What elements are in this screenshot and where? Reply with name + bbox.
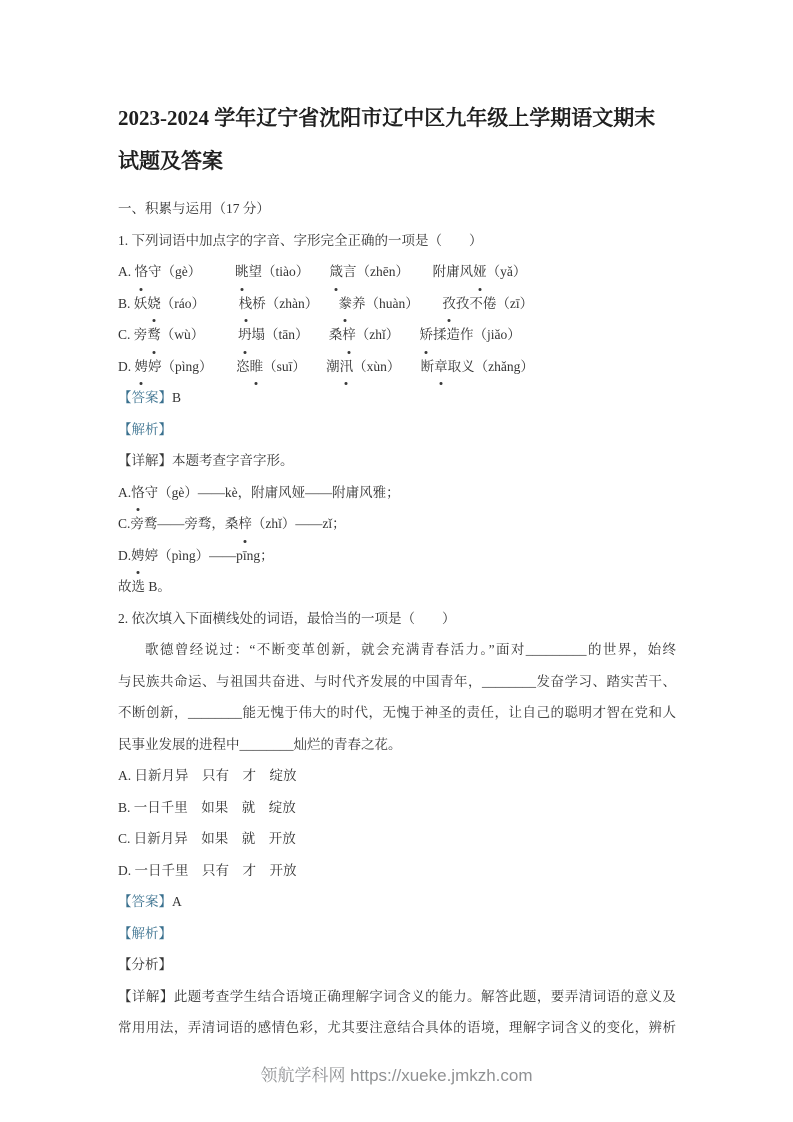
dotted-char: 汛 <box>340 351 354 383</box>
q1-detail-line: 【详解】本题考查字音字形。 <box>118 445 676 477</box>
dotted-char: 眺 <box>235 256 249 288</box>
dotted-char: 矫 <box>420 319 434 351</box>
q2-answer-value: A <box>172 894 182 909</box>
dotted-char: 梓 <box>238 508 252 540</box>
q2-stem: 2. 依次填入下面横线处的词语，最恰当的一项是（ ） <box>118 603 676 635</box>
text-segment: 守（gè） <box>148 264 235 279</box>
q1-stem: 1. 下列词语中加点字的字音、字形完全正确的一项是（ ） <box>118 225 676 257</box>
text-segment: C. 旁 <box>118 327 147 342</box>
dotted-char: 鹜 <box>147 319 161 351</box>
footer-watermark: 领航学科网 https://xueke.jmkzh.com <box>0 1064 793 1088</box>
document-page: 2023-2024 学年辽宁省沈阳市辽中区九年级上学期语文期末 试题及答案 一、… <box>0 0 793 1122</box>
text-segment: 塌（tān） 桑 <box>252 327 343 342</box>
text-segment: A. <box>118 264 135 279</box>
title-line-2: 试题及答案 <box>118 140 676 183</box>
q1-analysis-label: 【解析】 <box>118 414 676 446</box>
dotted-char: 孜 <box>442 288 456 320</box>
q2-detail-line: 【详解】此题考查学生结合语境正确理解字词含义的能力。解答此题，要弄清词语的意义及 <box>118 981 676 1013</box>
text-segment: 养（huàn） <box>352 296 442 311</box>
text-segment: 取义（zhǎng） <box>448 359 534 374</box>
text-segment: 孜不倦（zī） <box>456 296 533 311</box>
dotted-char: 睢 <box>250 351 264 383</box>
text-segment: 揉造作（jiǎo） <box>433 327 521 342</box>
q1-detail-line: A.恪守（gè）——kè，附庸风娅——附庸风雅； <box>118 477 676 509</box>
dotted-char: 恪 <box>131 477 145 509</box>
text-segment: （yǎ） <box>487 264 527 279</box>
text-segment: D. <box>118 548 131 563</box>
text-segment: 婷（pìng） 恣 <box>148 359 250 374</box>
q2-option-row: D. 一日千里 只有 才 开放 <box>118 855 676 887</box>
text-segment: 桥（zhàn） <box>252 296 338 311</box>
dotted-char: 坍 <box>238 319 252 351</box>
q2-passage-line: 歌德曾经说过：“不断变革创新，就会充满青春活力。”面对_________的世界，… <box>118 634 676 666</box>
text-segment: （wù） <box>161 327 238 342</box>
q1-option-row: D. 娉婷（pìng） 恣睢（suī） 潮汛（xùn） 断章取义（zhǎng） <box>118 351 676 383</box>
footer-site-text: 领航学科网 https://xueke.jmkzh.com <box>260 1066 532 1085</box>
document-body: 一、积累与运用（17 分） 1. 下列词语中加点字的字音、字形完全正确的一项是（… <box>118 193 676 1044</box>
q2-options: A. 日新月异 只有 才 绽放B. 一日千里 如果 就 绽放C. 日新月异 如果… <box>118 760 676 886</box>
q1-detail-line: 故选 B。 <box>118 571 676 603</box>
text-segment: （zhǐ）——zǐ； <box>252 516 346 531</box>
q1-option-row: C. 旁鹜（wù） 坍塌（tān） 桑梓（zhǐ） 矫揉造作（jiǎo） <box>118 319 676 351</box>
q1-detail-line: D.娉婷（pìng）——pīng； <box>118 540 676 572</box>
q2-option-row: B. 一日千里 如果 就 绽放 <box>118 792 676 824</box>
q1-answer-label: 【答案】 <box>118 390 172 405</box>
document-content: 2023-2024 学年辽宁省沈阳市辽中区九年级上学期语文期末 试题及答案 一、… <box>118 97 676 1044</box>
section-heading: 一、积累与运用（17 分） <box>118 193 676 225</box>
q1-answer-value: B <box>172 390 181 405</box>
dotted-char: 豢 <box>339 288 353 320</box>
text-segment: （zhǐ） <box>356 327 420 342</box>
dotted-char: 章 <box>434 351 448 383</box>
dotted-char: 娆 <box>147 288 161 320</box>
q2-analysis-label: 【解析】 <box>118 918 676 950</box>
dotted-char: 箴 <box>330 256 344 288</box>
q1-answer-line: 【答案】B <box>118 382 676 414</box>
text-segment: （xùn） 断 <box>353 359 434 374</box>
dotted-char: 梓 <box>342 319 356 351</box>
text-segment: 守（gè）——kè，附庸风娅——附庸风雅； <box>145 485 400 500</box>
text-segment: A. <box>118 485 131 500</box>
title-line-1: 2023-2024 学年辽宁省沈阳市辽中区九年级上学期语文期末 <box>118 97 676 140</box>
text-segment: D. <box>118 359 135 374</box>
dotted-char: 恪 <box>135 256 149 288</box>
text-segment: 言（zhēn） 附庸风 <box>343 264 473 279</box>
dotted-char: 娉 <box>135 351 149 383</box>
q2-detail-line: 常用用法，弄清词语的感情色彩，尤其要注意结合具体的语境，理解字词含义的变化，辨析 <box>118 1012 676 1044</box>
text-segment: 望（tiào） <box>249 264 330 279</box>
q2-answer-line: 【答案】A <box>118 886 676 918</box>
text-segment: （ráo） <box>161 296 239 311</box>
text-segment: 婷（pìng）——pīng； <box>145 548 274 563</box>
dotted-char: 栈 <box>239 288 253 320</box>
q2-answer-label: 【答案】 <box>118 894 172 909</box>
q1-option-row: A. 恪守（gè） 眺望（tiào） 箴言（zhēn） 附庸风娅（yǎ） <box>118 256 676 288</box>
text-segment: C.旁鹜——旁骛，桑 <box>118 516 238 531</box>
q1-detail: 【详解】本题考查字音字形。A.恪守（gè）——kè，附庸风娅——附庸风雅；C.旁… <box>118 445 676 603</box>
q2-detail: 【详解】此题考查学生结合语境正确理解字词含义的能力。解答此题，要弄清词语的意义及… <box>118 981 676 1044</box>
document-title: 2023-2024 学年辽宁省沈阳市辽中区九年级上学期语文期末 试题及答案 <box>118 97 676 183</box>
q2-passage: 歌德曾经说过：“不断变革创新，就会充满青春活力。”面对_________的世界，… <box>118 634 676 760</box>
q1-option-row: B. 妖娆（ráo） 栈桥（zhàn） 豢养（huàn） 孜孜不倦（zī） <box>118 288 676 320</box>
q1-detail-line: C.旁鹜——旁骛，桑梓（zhǐ）——zǐ； <box>118 508 676 540</box>
q2-passage-line: 民事业发展的进程中________灿烂的青春之花。 <box>118 729 676 761</box>
dotted-char: 娅 <box>473 256 487 288</box>
q2-fenxi-label: 【分析】 <box>118 949 676 981</box>
dotted-char: 娉 <box>131 540 145 572</box>
text-segment: B. 妖 <box>118 296 147 311</box>
q2-option-row: C. 日新月异 如果 就 开放 <box>118 823 676 855</box>
q2-option-row: A. 日新月异 只有 才 绽放 <box>118 760 676 792</box>
text-segment: （suī） 潮 <box>263 359 340 374</box>
q2-passage-line: 与民族共命运、与祖国共奋进、与时代齐发展的中国青年，________发奋学习、踏… <box>118 666 676 698</box>
q1-options: A. 恪守（gè） 眺望（tiào） 箴言（zhēn） 附庸风娅（yǎ）B. 妖… <box>118 256 676 382</box>
q2-passage-line: 不断创新，________能无愧于伟大的时代，无愧于神圣的责任，让自己的聪明才智… <box>118 697 676 729</box>
